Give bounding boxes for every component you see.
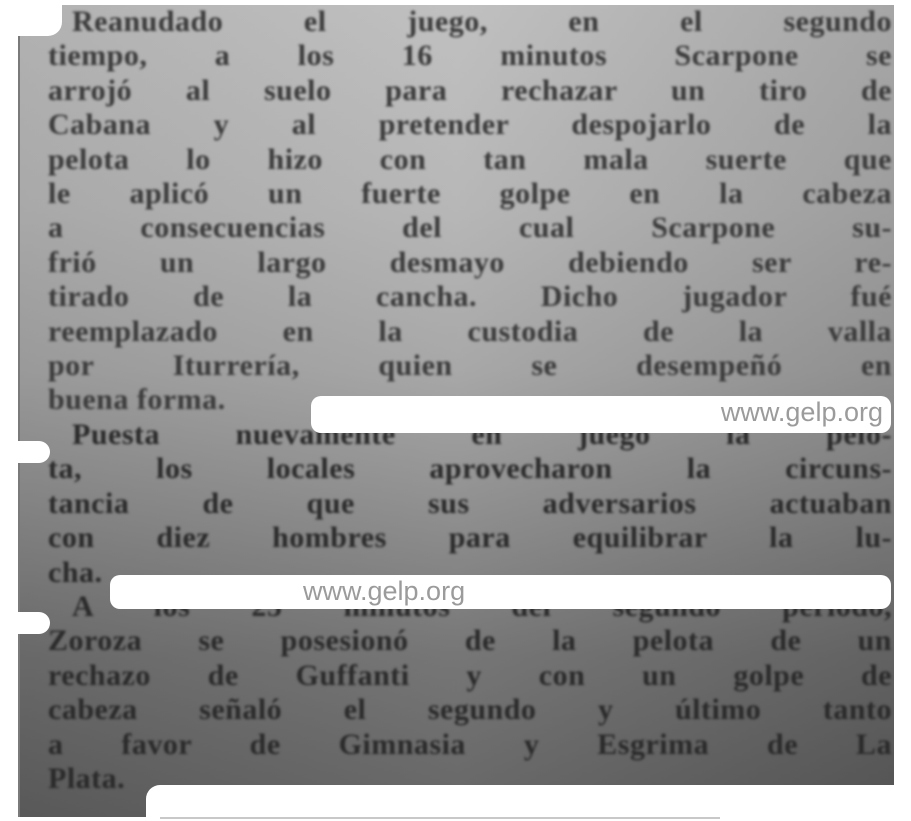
- text-line: tiempo, a los 16 minutos Scarpone se: [24, 39, 892, 73]
- text-line: Zoroza se posesionó de la pelota de un: [24, 624, 892, 658]
- watermark-banner: www.gelp.org: [110, 575, 891, 609]
- text-line: tirado de la cancha. Dicho jugador fué: [24, 280, 892, 314]
- text-line: rechazo de Guffanti y con un golpe de: [24, 659, 892, 693]
- divider: [160, 817, 720, 819]
- watermark-text: www.gelp.org: [721, 397, 883, 428]
- text-line: arrojó al suelo para rechazar un tiro de: [24, 74, 892, 108]
- text-line: Reanudado el juego, en el segundo: [24, 5, 892, 39]
- text-line: cabeza señaló el segundo y último tanto: [24, 693, 892, 727]
- text-line: con diez hombres para equilibrar la lu-: [24, 521, 892, 555]
- text-line: a favor de Gimnasia y Esgrima de La: [24, 728, 892, 762]
- text-line: frió un largo desmayo debiendo ser re-: [24, 246, 892, 280]
- text-line: le aplicó un fuerte golpe en la cabeza: [24, 177, 892, 211]
- text-line: por Iturrería, quien se desempeñó en: [24, 349, 892, 383]
- text-line: Cabana y al pretender despojarlo de la: [24, 108, 892, 142]
- bottom-mask: [146, 785, 911, 821]
- paragraph-3: A los 25 minutos del segundo período, Zo…: [24, 590, 892, 796]
- text-line: pelota lo hizo con tan mala suerte que: [24, 143, 892, 177]
- paragraph-1: Reanudado el juego, en el segundo tiempo…: [24, 5, 892, 418]
- text-line: reemplazado en la custodia de la valla: [24, 315, 892, 349]
- paragraph-2: Puesta nuevamente en juego la pelo- ta, …: [24, 418, 892, 590]
- watermark-text: www.gelp.org: [303, 576, 465, 607]
- text-line: ta, los locales aprovecharon la circuns-: [24, 452, 892, 486]
- text-line: tancia de que sus adversarios actuaban: [24, 487, 892, 521]
- text-line: a consecuencias del cual Scarpone su-: [24, 211, 892, 245]
- watermark-banner: www.gelp.org: [311, 396, 891, 433]
